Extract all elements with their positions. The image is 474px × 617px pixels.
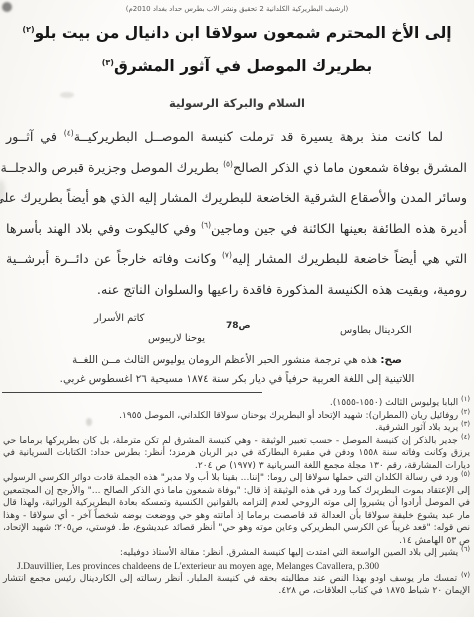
footnote-2-text: روفائيل ريان (المطران): شهيد الإتحاد أو …	[119, 411, 458, 421]
body-paragraph: لما كانت منذ برهة يسيرة قد ترملت كنيسة ا…	[6, 123, 467, 306]
footnote-marker-5: (٥)	[223, 159, 233, 168]
footnote-2-marker: (٢)	[461, 407, 470, 415]
colophon-label: صح:	[380, 354, 402, 366]
colophon-line1-text: هذه هي ترجمة منشور الحبر الأعظم الرومان …	[72, 354, 377, 366]
footnote-separator-rule	[2, 392, 262, 393]
body-line4-tail: وفي كاليكوت وفي بلاد الهند بأسرها	[6, 222, 196, 237]
footnote-1: (١) البابا يوليوس الثالث (١٥٥٠-١٥٥٥).	[3, 397, 470, 410]
signature-cardinal: الكردينال بطاوس	[340, 325, 412, 336]
footnote-6-french-citation: J.Dauvillier, Les provinces chaldeens de…	[3, 560, 470, 573]
body-line5-text: التي هي أيضاً خاضعة للبطريرك المشار إليه	[232, 252, 467, 267]
footnote-7-marker: (٧)	[461, 570, 470, 578]
salutation-line: السلام والبركة الرسولية	[0, 96, 474, 110]
body-line5-tail: وكانت وفاته خارجاً عن دائــرة أبرشــية	[6, 252, 217, 267]
footnote-6-text: يشير إلى بلاد الصين الواسعة التي امتدت إ…	[120, 548, 458, 558]
translator-colophon: صح: هذه هي ترجمة منشور الحبر الأعظم الرو…	[0, 351, 474, 389]
footnote-marker-6: (٦)	[201, 220, 211, 229]
body-line: المشرق بوفاة شمعون ماما ذي الذكر الصالح(…	[6, 154, 467, 185]
signature-secretary-name: يوحنا لاريبوس	[148, 333, 205, 344]
title-line1-text: إلى الأخ المحترم شمعون سولاقا ابن دانيال…	[35, 24, 452, 42]
footnote-6-marker: (٦)	[461, 545, 470, 553]
body-line: رومية، وبقيت هذه الكنيسة المذكورة فاقدة …	[6, 276, 467, 307]
footnotes-section: (١) البابا يوليوس الثالث (١٥٥٠-١٥٥٥). (٢…	[3, 397, 470, 598]
body-line2-text: المشرق بوفاة شمعون ماما ذي الذكر الصالح	[233, 161, 467, 176]
footnote-marker-4: (٤)	[64, 129, 74, 138]
footnote-marker-2: (٢)	[22, 25, 34, 34]
archive-header-note: (ارشيف البطريركية الكلدانية 2 تحقيق ونشر…	[0, 5, 474, 13]
body-line: أديرة هذه الطائفة بعينها الكائنة في جين …	[6, 215, 467, 246]
footnote-5-marker: (٥)	[461, 470, 470, 478]
body-line1-tail: في آثــور	[6, 130, 57, 145]
document-title-line1: إلى الأخ المحترم شمعون سولاقا ابن دانيال…	[0, 24, 474, 42]
footnote-5: (٥) ورد في رسالة الكلدان التي حملها سولا…	[3, 472, 470, 547]
document-title-line2: بطريرك الموصل في آثور المشرق(٣)	[0, 57, 474, 75]
footnote-1-marker: (١)	[461, 395, 470, 403]
colophon-line2: اللاتينية إلى اللغة العربية حرفياً في دي…	[0, 370, 474, 389]
body-line: التي هي أيضاً خاضعة للبطريرك المشار إليه…	[6, 245, 467, 276]
footnote-3: (٣) يريد بلاد آثور الشرقية.	[3, 422, 470, 435]
footnote-3-text: يريد بلاد آثور الشرقية.	[375, 423, 458, 433]
colophon-line1: صح: هذه هي ترجمة منشور الحبر الأعظم الرو…	[0, 351, 474, 370]
footnote-1-text: البابا يوليوس الثالث (١٥٥٠-١٥٥٥).	[330, 398, 458, 408]
title-line2-text: بطريرك الموصل في آثور المشرق	[114, 57, 372, 75]
footnote-5-text: ورد في رسالة الكلدان التي حملها سولاقا إ…	[3, 473, 470, 546]
body-line1-text: لما كانت منذ برهة يسيرة قد ترملت كنيسة ا…	[74, 130, 443, 145]
footnote-2: (٢) روفائيل ريان (المطران): شهيد الإتحاد…	[3, 410, 470, 423]
signature-secretary-title: كاتم الأسرار	[94, 313, 144, 324]
body-line4-text: أديرة هذه الطائفة بعينها الكائنة في جين …	[211, 222, 467, 237]
body-line: لما كانت منذ برهة يسيرة قد ترملت كنيسة ا…	[6, 123, 467, 154]
body-line2-tail: بطريرك الموصل وجزيرة قبرص والدجلــة	[1, 161, 219, 176]
footnote-marker-7: (٧)	[222, 251, 232, 260]
footnote-4: (٤) جدير بالذكر إن كنيسة الموصل - حسب تع…	[3, 435, 470, 473]
footnote-7: (٧) تمسك مار يوسف اودو بهذا النص عند مطا…	[3, 573, 470, 598]
footnote-4-marker: (٤)	[461, 432, 470, 440]
scanned-document-page: (ارشيف البطريركية الكلدانية 2 تحقيق ونشر…	[0, 0, 474, 617]
footnote-7-text: تمسك مار يوسف اودو بهذا النص عند مطالبته…	[3, 574, 470, 597]
footnote-4-text: جدير بالذكر إن كنيسة الموصل - حسب تعبير …	[3, 436, 470, 471]
page-number-reference: ص78	[226, 321, 251, 331]
footnote-marker-3: (٣)	[102, 58, 114, 67]
footnote-6: (٦) يشير إلى بلاد الصين الواسعة التي امت…	[3, 547, 470, 560]
body-line: وسائر المدن والأصقاع الشرقية الخاضعة للب…	[6, 184, 467, 215]
footnote-3-marker: (٣)	[461, 420, 470, 428]
